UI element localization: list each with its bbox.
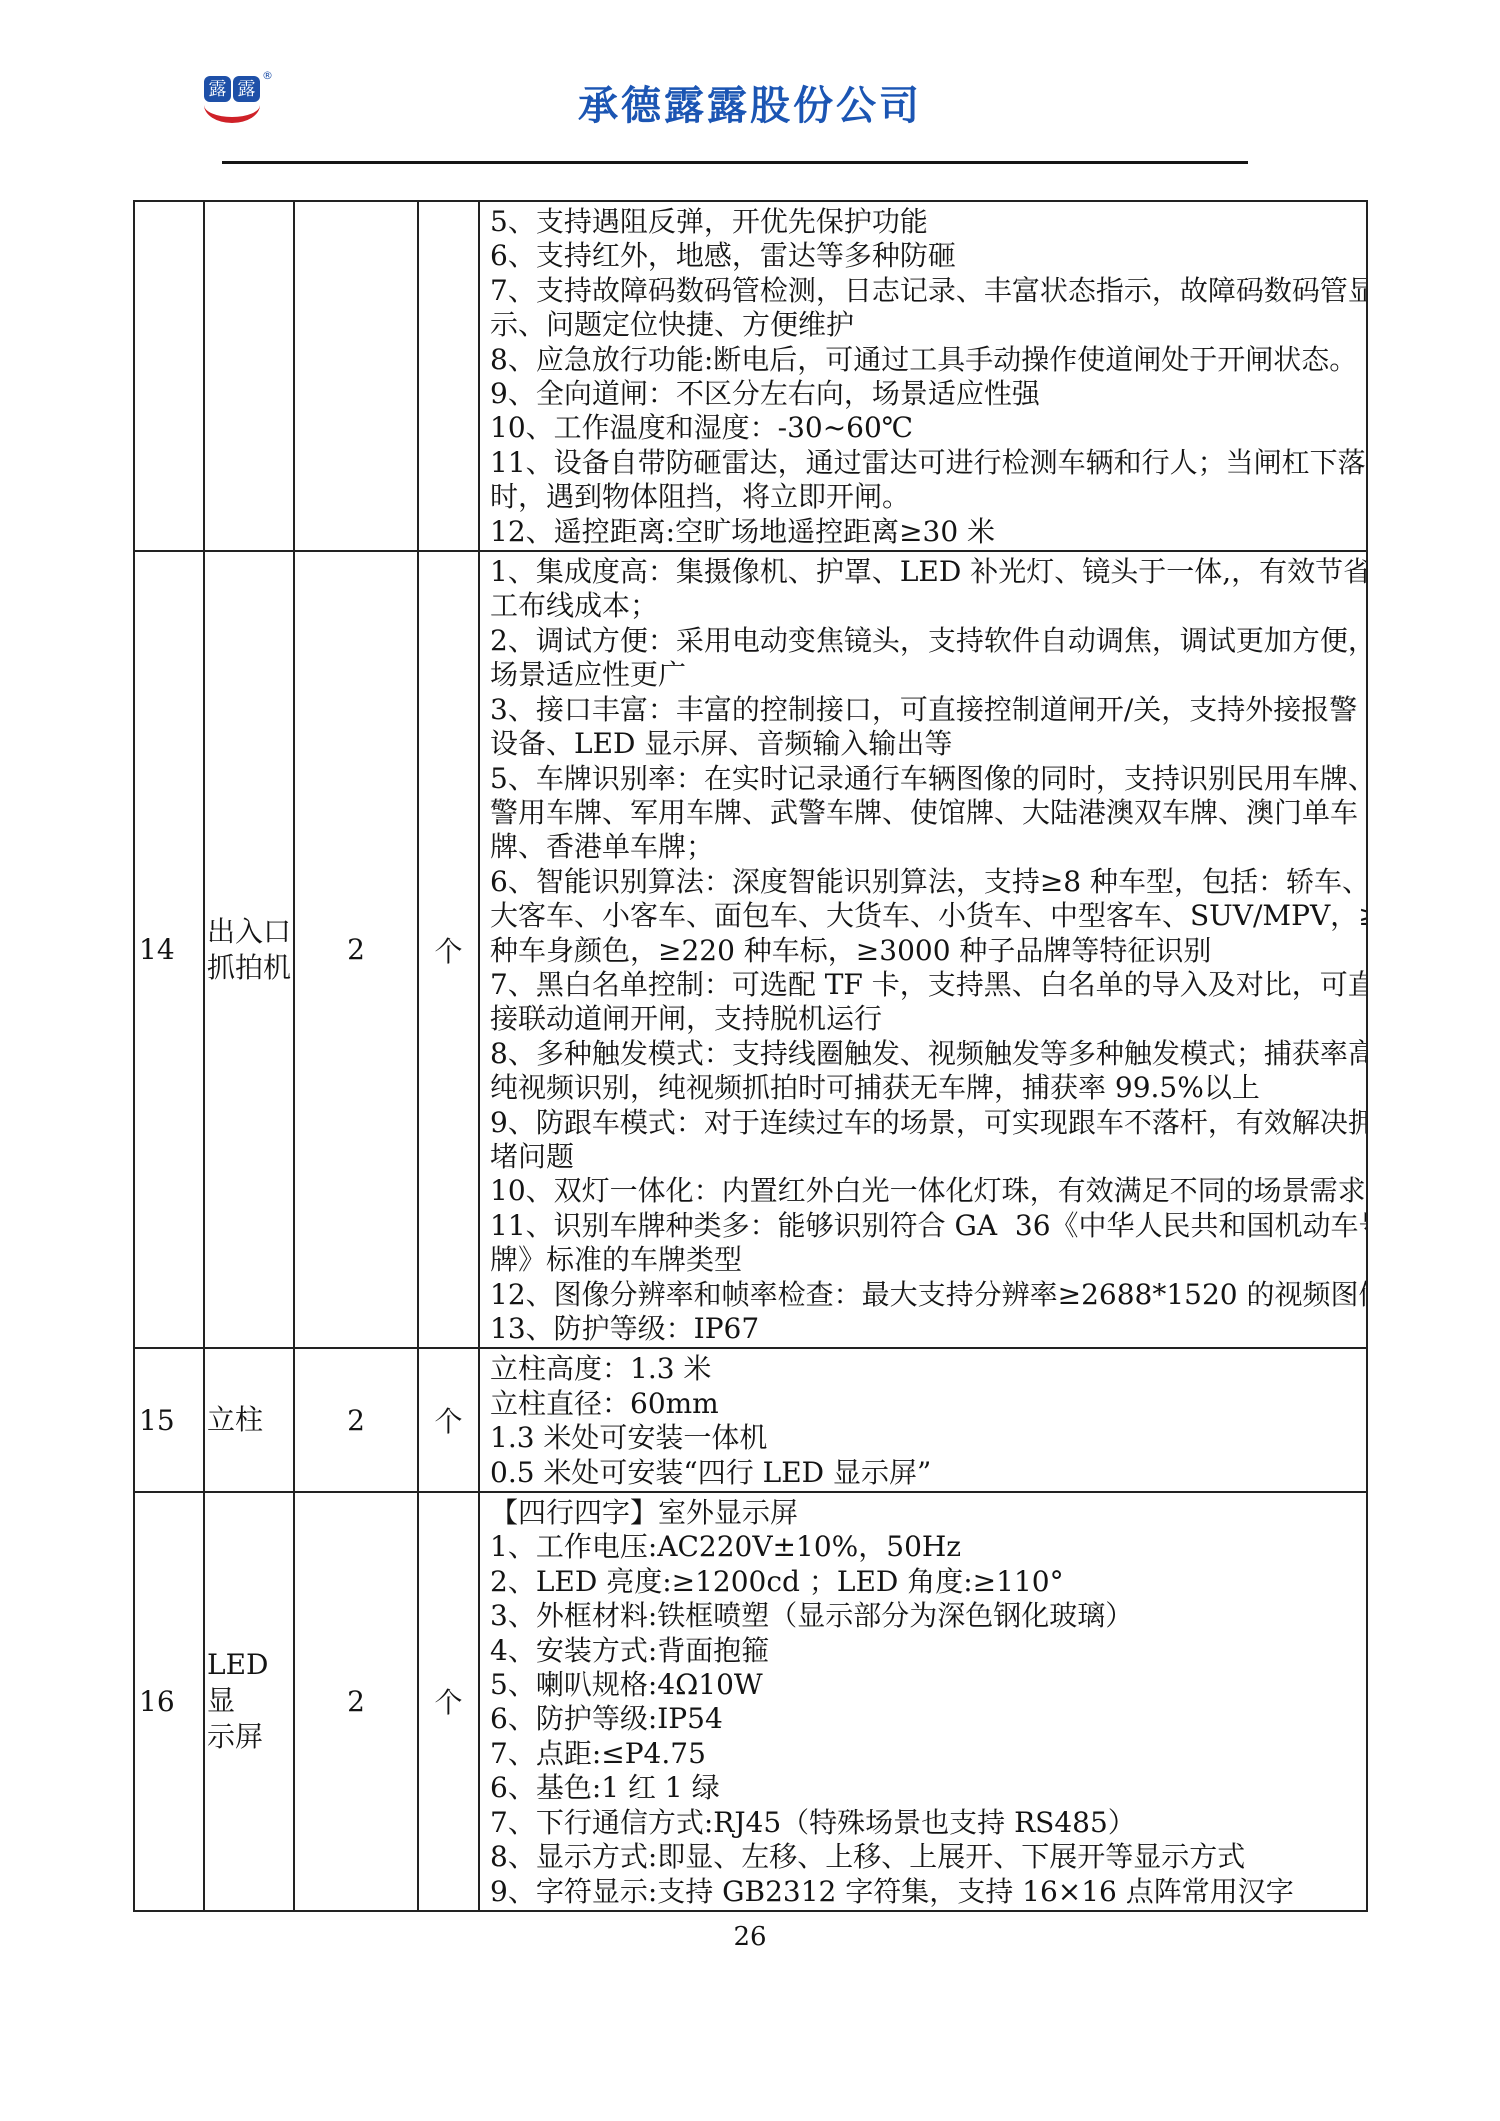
spec-line: 5、喇叭规格:4Ω10W [490, 1668, 1360, 1702]
item-name-line: LED 显 [207, 1647, 291, 1719]
table-row: 15立柱2个立柱高度：1.3 米立柱直径：60mm1.3 米处可安装一体机0.5… [135, 1347, 1366, 1491]
spec-line: 9、字符显示:支持 GB2312 字符集，支持 16×16 点阵常用汉字 [490, 1875, 1360, 1909]
spec-line: 6、智能识别算法：深度智能识别算法，支持≥8 种车型，包括：轿车、 [490, 865, 1360, 899]
item-name-line: 立柱 [207, 1402, 291, 1438]
spec-line: 大客车、小客车、面包车、大货车、小货车、中型客车、SUV/MPV，≥11 [490, 899, 1360, 933]
spec-line: 12、图像分辨率和帧率检查：最大支持分辨率≥2688*1520 的视频图像。 [490, 1278, 1360, 1312]
unit-cell: 个 [417, 1349, 478, 1491]
quantity-cell: 2 [293, 1349, 417, 1491]
spec-line: 9、防跟车模式：对于连续过车的场景，可实现跟车不落杆，有效解决拥 [490, 1106, 1360, 1140]
equipment-spec-table: 5、支持遇阻反弹，开优先保护功能6、支持红外，地感，雷达等多种防砸7、支持故障码… [133, 200, 1368, 1912]
spec-line: 工布线成本； [490, 589, 1360, 623]
spec-line: 5、支持遇阻反弹，开优先保护功能 [490, 205, 1360, 239]
description-cell: 5、支持遇阻反弹，开优先保护功能6、支持红外，地感，雷达等多种防砸7、支持故障码… [478, 202, 1366, 550]
spec-line: 【四行四字】室外显示屏 [490, 1496, 1360, 1530]
table-row: 14出入口抓拍机2个1、集成度高：集摄像机、护罩、LED 补光灯、镜头于一体,，… [135, 550, 1366, 1347]
spec-line: 6、基色:1 红 1 绿 [490, 1771, 1360, 1805]
spec-line: 4、安装方式:背面抱箍 [490, 1634, 1360, 1668]
spec-line: 接联动道闸开闸，支持脱机运行 [490, 1002, 1360, 1036]
spec-line: 警用车牌、军用车牌、武警车牌、使馆牌、大陆港澳双车牌、澳门单车 [490, 796, 1360, 830]
spec-line: 6、防护等级:IP54 [490, 1702, 1360, 1736]
row-number-cell: 16 [135, 1493, 203, 1910]
spec-line: 10、工作温度和湿度：-30~60℃ [490, 411, 1360, 445]
item-name-cell: LED 显示屏 [203, 1493, 293, 1910]
spec-line: 1、工作电压:AC220V±10%，50Hz [490, 1530, 1360, 1564]
spec-line: 7、点距:≤P4.75 [490, 1737, 1360, 1771]
table-row: 16LED 显示屏2个【四行四字】室外显示屏1、工作电压:AC220V±10%，… [135, 1491, 1366, 1910]
spec-line: 7、下行通信方式:RJ45（特殊场景也支持 RS485） [490, 1806, 1360, 1840]
spec-line: 纯视频识别，纯视频抓拍时可捕获无车牌，捕获率 99.5%以上 [490, 1071, 1360, 1105]
spec-line: 立柱高度：1.3 米 [490, 1352, 1360, 1386]
page-number: 26 [0, 1922, 1500, 1952]
description-cell: 1、集成度高：集摄像机、护罩、LED 补光灯、镜头于一体,，有效节省施工布线成本… [478, 552, 1366, 1347]
item-name-cell: 出入口抓拍机 [203, 552, 293, 1347]
unit-cell [417, 202, 478, 550]
spec-line: 0.5 米处可安装“四行 LED 显示屏” [490, 1456, 1360, 1490]
row-number-cell: 14 [135, 552, 203, 1347]
table-row: 5、支持遇阻反弹，开优先保护功能6、支持红外，地感，雷达等多种防砸7、支持故障码… [135, 202, 1366, 550]
spec-line: 11、设备自带防砸雷达，通过雷达可进行检测车辆和行人；当闸杠下落 [490, 446, 1360, 480]
spec-line: 13、防护等级：IP67 [490, 1312, 1360, 1346]
spec-line: 种车身颜色，≥220 种车标，≥3000 种子品牌等特征识别 [490, 934, 1360, 968]
spec-line: 8、显示方式:即显、左移、上移、上展开、下展开等显示方式 [490, 1840, 1360, 1874]
spec-line: 10、双灯一体化：内置红外白光一体化灯珠，有效满足不同的场景需求 [490, 1174, 1360, 1208]
unit-cell: 个 [417, 552, 478, 1347]
description-cell: 立柱高度：1.3 米立柱直径：60mm1.3 米处可安装一体机0.5 米处可安装… [478, 1349, 1366, 1491]
quantity-cell: 2 [293, 1493, 417, 1910]
row-number-cell [135, 202, 203, 550]
spec-line: 9、全向道闸：不区分左右向，场景适应性强 [490, 377, 1360, 411]
row-number-cell: 15 [135, 1349, 203, 1491]
spec-line: 1、集成度高：集摄像机、护罩、LED 补光灯、镜头于一体,，有效节省施 [490, 555, 1360, 589]
spec-line: 示、问题定位快捷、方便维护 [490, 308, 1360, 342]
spec-line: 时，遇到物体阻挡，将立即开闸。 [490, 480, 1360, 514]
quantity-cell [293, 202, 417, 550]
unit-cell: 个 [417, 1493, 478, 1910]
item-name-cell: 立柱 [203, 1349, 293, 1491]
spec-line: 7、黑白名单控制：可选配 TF 卡，支持黑、白名单的导入及对比，可直 [490, 968, 1360, 1002]
spec-line: 8、应急放行功能:断电后，可通过工具手动操作使道闸处于开闸状态。 [490, 343, 1360, 377]
item-name-line: 示屏 [207, 1719, 291, 1755]
item-name-line: 抓拍机 [207, 950, 291, 986]
page-title: 承德露露股份公司 [0, 74, 1500, 131]
spec-line: 牌》标准的车牌类型 [490, 1243, 1360, 1277]
spec-line: 3、接口丰富：丰富的控制接口，可直接控制道闸开/关，支持外接报警 [490, 693, 1360, 727]
spec-line: 11、识别车牌种类多：能够识别符合 GA 36《中华人民共和国机动车号 [490, 1209, 1360, 1243]
spec-line: 12、遥控距离:空旷场地遥控距离≥30 米 [490, 515, 1360, 549]
spec-line: 场景适应性更广 [490, 658, 1360, 692]
spec-line: 堵问题 [490, 1140, 1360, 1174]
spec-line: 设备、LED 显示屏、音频输入输出等 [490, 727, 1360, 761]
spec-line: 立柱直径：60mm [490, 1387, 1360, 1421]
spec-line: 5、车牌识别率：在实时记录通行车辆图像的同时，支持识别民用车牌、 [490, 762, 1360, 796]
spec-line: 1.3 米处可安装一体机 [490, 1421, 1360, 1455]
item-name-line: 出入口 [207, 914, 291, 950]
spec-line: 8、多种触发模式：支持线圈触发、视频触发等多种触发模式；捕获率高， [490, 1037, 1360, 1071]
spec-line: 牌、香港单车牌； [490, 830, 1360, 864]
item-name-cell [203, 202, 293, 550]
spec-line: 7、支持故障码数码管检测，日志记录、丰富状态指示，故障码数码管显 [490, 274, 1360, 308]
description-cell: 【四行四字】室外显示屏1、工作电压:AC220V±10%，50Hz2、LED 亮… [478, 1493, 1366, 1910]
quantity-cell: 2 [293, 552, 417, 1347]
spec-line: 2、LED 亮度:≥1200cd ；LED 角度:≥110° [490, 1565, 1360, 1599]
spec-line: 3、外框材料:铁框喷塑（显示部分为深色钢化玻璃） [490, 1599, 1360, 1633]
spec-line: 2、调试方便：采用电动变焦镜头，支持软件自动调焦，调试更加方便， [490, 624, 1360, 658]
header-divider [222, 161, 1248, 164]
spec-line: 6、支持红外，地感，雷达等多种防砸 [490, 239, 1360, 273]
